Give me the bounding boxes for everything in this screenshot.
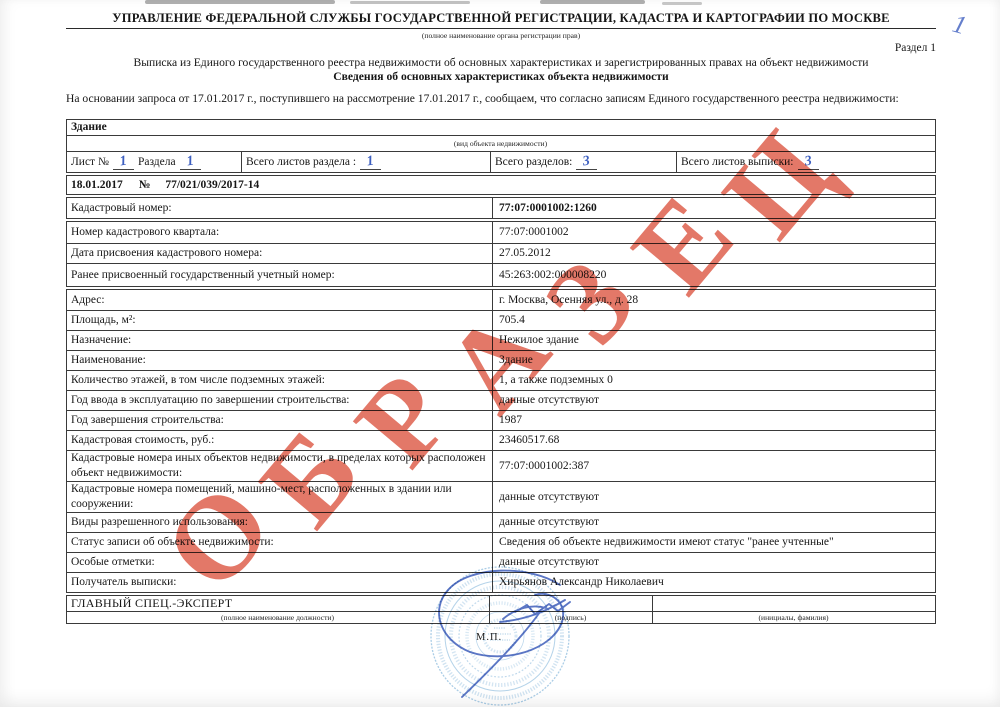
- handwritten-page-number: 1: [949, 9, 970, 41]
- initials-caption: (инициалы, фамилия): [653, 612, 935, 623]
- row-value: Здание: [493, 351, 935, 370]
- row-value: данные отсутствуют: [493, 482, 935, 512]
- row-value: 705.4: [493, 311, 935, 330]
- table-row: Площадь, м²: 705.4: [66, 310, 936, 331]
- row-label: Ранее присвоенный государственный учетны…: [67, 264, 493, 286]
- scan-smudge: [540, 0, 645, 4]
- extract-number: 77/021/039/2017-14: [165, 178, 259, 193]
- table-row: Кадастровая стоимость, руб.: 23460517.68: [66, 430, 936, 451]
- handwritten-total-sheets: 1: [366, 153, 376, 172]
- total-sections-cell: Всего разделов: 3: [491, 152, 677, 172]
- table-row: Год ввода в эксплуатацию по завершении с…: [66, 390, 936, 411]
- extract-date: 18.01.2017: [71, 178, 123, 193]
- sheet-number-slot: 1: [113, 154, 134, 170]
- section-number-slot: 1: [180, 154, 201, 170]
- object-kind-caption-row: (вид объекта недвижимости): [66, 135, 936, 152]
- org-name: УПРАВЛЕНИЕ ФЕДЕРАЛЬНОЙ СЛУЖБЫ ГОСУДАРСТВ…: [66, 11, 936, 26]
- row-value: Сведения об объекте недвижимости имеют с…: [493, 533, 935, 552]
- object-kind-caption: (вид объекта недвижимости): [67, 136, 935, 151]
- table-row: Год завершения строительства: 1987: [66, 410, 936, 431]
- stamp-place-label: М.П.: [476, 632, 502, 643]
- document-title: Выписка из Единого государственного реес…: [66, 56, 936, 69]
- scan-smudge: [145, 0, 335, 4]
- table-row: Статус записи об объекте недвижимости: С…: [66, 532, 936, 553]
- row-label: Площадь, м²:: [67, 311, 493, 330]
- document-page: УПРАВЛЕНИЕ ФЕДЕРАЛЬНОЙ СЛУЖБЫ ГОСУДАРСТВ…: [0, 0, 1000, 707]
- table-row: Номер кадастрового квартала: 77:07:00010…: [66, 221, 936, 244]
- total-sheets-slot: 1: [360, 154, 381, 170]
- number-sign: №: [139, 178, 151, 193]
- table-row: Адрес: г. Москва, Осенняя ул., д. 28: [66, 289, 936, 311]
- table-row: Ранее присвоенный государственный учетны…: [66, 263, 936, 287]
- total-sheets-label: Всего листов раздела :: [246, 155, 356, 170]
- sheet-info-row: Лист № 1 Раздела 1 Всего листов раздела …: [66, 151, 936, 173]
- total-sections-label: Всего разделов:: [495, 155, 572, 170]
- row-label: Кадастровый номер:: [67, 198, 493, 218]
- document-subtitle: Сведения об основных характеристиках объ…: [66, 70, 936, 83]
- total-extract-sheets-label: Всего листов выписки:: [681, 155, 794, 170]
- table-row: Виды разрешенного использования: данные …: [66, 512, 936, 533]
- object-kind: Здание: [67, 120, 935, 135]
- row-value: г. Москва, Осенняя ул., д. 28: [493, 290, 935, 310]
- row-label: Номер кадастрового квартала:: [67, 222, 493, 243]
- row-value: 27.05.2012: [493, 244, 935, 263]
- table-row: Количество этажей, в том числе подземных…: [66, 370, 936, 391]
- handwritten-total-extract-sheets: 3: [803, 153, 813, 172]
- initials-area: [653, 596, 935, 611]
- row-value: 77:07:0001002: [493, 222, 935, 243]
- intro-paragraph: На основании запроса от 17.01.2017 г., п…: [66, 92, 928, 107]
- row-label: Дата присвоения кадастрового номера:: [67, 244, 493, 263]
- table-row: Назначение: Нежилое здание: [66, 330, 936, 351]
- date-number-cell: 18.01.2017 № 77/021/039/2017-14: [67, 176, 935, 194]
- row-value: 77:07:0001002:387: [493, 451, 935, 481]
- row-label: Кадастровые номера иных объектов недвижи…: [67, 451, 493, 481]
- total-extract-sheets-slot: 3: [798, 154, 819, 170]
- total-sheets-cell: Всего листов раздела : 1: [242, 152, 491, 172]
- row-label: Виды разрешенного использования:: [67, 513, 493, 532]
- table-row: Наименование: Здание: [66, 350, 936, 371]
- row-value: 45:263:002:000008220: [493, 264, 935, 286]
- object-kind-row: Здание: [66, 119, 936, 136]
- row-label: Статус записи об объекте недвижимости:: [67, 533, 493, 552]
- row-label: Наименование:: [67, 351, 493, 370]
- row-value: 23460517.68: [493, 431, 935, 450]
- handwritten-total-sections: 3: [582, 153, 592, 172]
- row-label: Год завершения строительства:: [67, 411, 493, 430]
- handwritten-sheet-number: 1: [118, 153, 128, 172]
- row-value: 1, а также подземных 0: [493, 371, 935, 390]
- row-label: Адрес:: [67, 290, 493, 310]
- org-name-caption: (полное наименование органа регистрации …: [66, 31, 936, 40]
- header-rule: [66, 28, 936, 29]
- row-value: 77:07:0001002:1260: [493, 198, 935, 218]
- table-row: Дата присвоения кадастрового номера: 27.…: [66, 243, 936, 264]
- sheet-label: Лист №: [71, 155, 109, 170]
- scan-smudge: [350, 1, 470, 4]
- extract-table: Здание (вид объекта недвижимости) Лист №…: [66, 120, 936, 624]
- row-label: Кадастровые номера помещений, машино-мес…: [67, 482, 493, 512]
- row-label: Кадастровая стоимость, руб.:: [67, 431, 493, 450]
- total-extract-sheets-cell: Всего листов выписки: 3: [677, 152, 935, 172]
- table-row: Кадастровые номера помещений, машино-мес…: [66, 481, 936, 513]
- date-number-row: 18.01.2017 № 77/021/039/2017-14: [66, 175, 936, 195]
- row-value: 1987: [493, 411, 935, 430]
- total-sections-slot: 3: [576, 154, 597, 170]
- row-label: Год ввода в эксплуатацию по завершении с…: [67, 391, 493, 410]
- row-label: Назначение:: [67, 331, 493, 350]
- section-label: Раздел 1: [895, 42, 936, 54]
- row-value: Нежилое здание: [493, 331, 935, 350]
- table-row: Кадастровые номера иных объектов недвижи…: [66, 450, 936, 482]
- scan-smudge: [662, 2, 702, 5]
- handwritten-section-number: 1: [185, 153, 195, 172]
- sheet-cell: Лист № 1 Раздела 1: [67, 152, 242, 172]
- section-of-label: Раздела: [138, 155, 176, 170]
- row-value: данные отсутствуют: [493, 513, 935, 532]
- row-label: Количество этажей, в том числе подземных…: [67, 371, 493, 390]
- row-value: данные отсутствуют: [493, 391, 935, 410]
- table-row: Кадастровый номер: 77:07:0001002:1260: [66, 197, 936, 219]
